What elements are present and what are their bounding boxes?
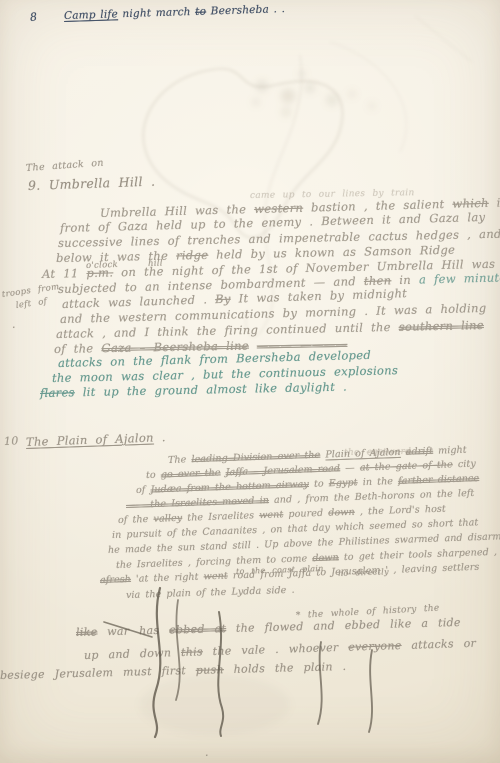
text-segment: Egypt (329, 477, 358, 489)
text-segment: ridge (176, 248, 209, 263)
text-segment: to (309, 478, 329, 490)
text-segment: . (205, 746, 209, 759)
text-segment: Camp life (64, 8, 118, 22)
text-segment: 10 (4, 434, 19, 448)
text-segment: down (328, 507, 355, 519)
text-segment: flares (40, 385, 75, 400)
text-segment: like (76, 625, 98, 639)
text-segment: everyone (348, 639, 402, 654)
text-segment: push (196, 663, 224, 677)
text-segment: 8 (29, 10, 38, 24)
text-segment: a few minutes (419, 270, 500, 286)
paragraph-line: besiege Jerusalem must first push holds … (0, 660, 347, 682)
paragraph-line: via the plain of the Lydda side . (126, 585, 295, 601)
text-segment: went (259, 509, 283, 521)
text-segment: holds the plain . (224, 660, 347, 676)
text-segment: go over the (161, 467, 221, 480)
heading-umbrella-hill: 9. Umbrella Hill . (28, 174, 156, 193)
text-segment: in the (357, 476, 398, 488)
text-segment: at the gate of the (360, 459, 453, 473)
text-segment: in (489, 195, 500, 210)
text-segment: , the Lord's host (355, 504, 446, 518)
text-segment: of the (54, 341, 102, 356)
text-segment: to (146, 469, 161, 481)
page-number: 8 (29, 10, 38, 24)
text-segment: The attack on (26, 158, 104, 174)
text-segment: ebbed at (169, 622, 226, 636)
text-segment: Jaffa – Jerusalem road (225, 463, 340, 478)
text-segment: adrift (406, 446, 434, 458)
text-segment: might (433, 445, 467, 457)
text-segment: 'at the right (131, 571, 204, 585)
text-segment: left of (15, 297, 47, 311)
text-segment: Plain of Ajalon (325, 447, 401, 461)
text-segment: night march (118, 6, 196, 20)
text-segment: to (195, 6, 206, 18)
text-segment: this (181, 645, 203, 659)
margin-note: troops from (1, 282, 60, 300)
text-segment: valley (153, 513, 182, 525)
text-segment: western (254, 201, 303, 216)
text-segment: war has (97, 624, 169, 639)
text-segment: to get their tools sharpened , (339, 547, 500, 564)
paragraph-line: like war has ebbed at the flowed and ebb… (76, 616, 461, 639)
text-segment: poured (283, 508, 328, 521)
stray-dot: . (205, 746, 209, 759)
text-segment: in (391, 273, 419, 288)
text-segment: . (12, 318, 16, 331)
text-segment: —— the Israelites moved in (126, 495, 269, 511)
text-segment: troops from (1, 282, 60, 300)
text-segment: which (452, 196, 489, 211)
text-segment: By (215, 292, 231, 306)
text-segment: of (136, 484, 151, 496)
text-segment: leading Division over the (191, 450, 320, 465)
margin-number: 10 (4, 434, 19, 448)
text-segment: — (340, 463, 360, 475)
text-segment: . (154, 430, 166, 444)
manuscript-page: 8Camp life night march to Beersheba . .T… (0, 0, 500, 763)
stray-dot: . (12, 318, 16, 331)
text-segment: city (453, 458, 476, 470)
text-segment: southern line (399, 318, 484, 334)
note-attack-on: The attack on (26, 158, 104, 174)
text-segment: the vale . whoever (203, 641, 349, 659)
text-segment: down (312, 552, 339, 564)
text-segment: The (168, 454, 192, 466)
title-line: Camp life night march to Beersheba . . (64, 3, 285, 22)
text-segment: p.m. (86, 265, 113, 280)
text-segment: Judæa from the bottom airway (150, 479, 309, 496)
text-segment: went (204, 571, 228, 583)
text-segment: besiege Jerusalem must first (0, 664, 196, 682)
heading-plain-of-ajalon: The Plain of Ajalon . (26, 430, 166, 449)
text-segment: of the (118, 514, 154, 526)
text-segment: afresh (100, 574, 131, 586)
margin-note: left of (15, 297, 47, 311)
text-segment: farther distance (398, 473, 479, 487)
text-segment: The Plain of Ajalon (26, 431, 154, 449)
text-segment: up and down (84, 646, 181, 662)
text-segment: the flowed and ebbed like a tide (226, 616, 461, 635)
text-segment: 9. Umbrella Hill . (28, 174, 156, 193)
manuscript-text-layer: 8Camp life night march to Beersheba . .T… (0, 0, 500, 763)
text-segment: Beersheba . . (206, 3, 285, 17)
text-segment: At 11 (42, 266, 87, 281)
text-segment: the Israelites (182, 510, 259, 524)
paragraph-line: up and down this the vale . whoever ever… (84, 637, 477, 662)
text-segment: via the plain of the Lydda side . (126, 585, 295, 601)
text-segment: attacks or (401, 637, 476, 652)
